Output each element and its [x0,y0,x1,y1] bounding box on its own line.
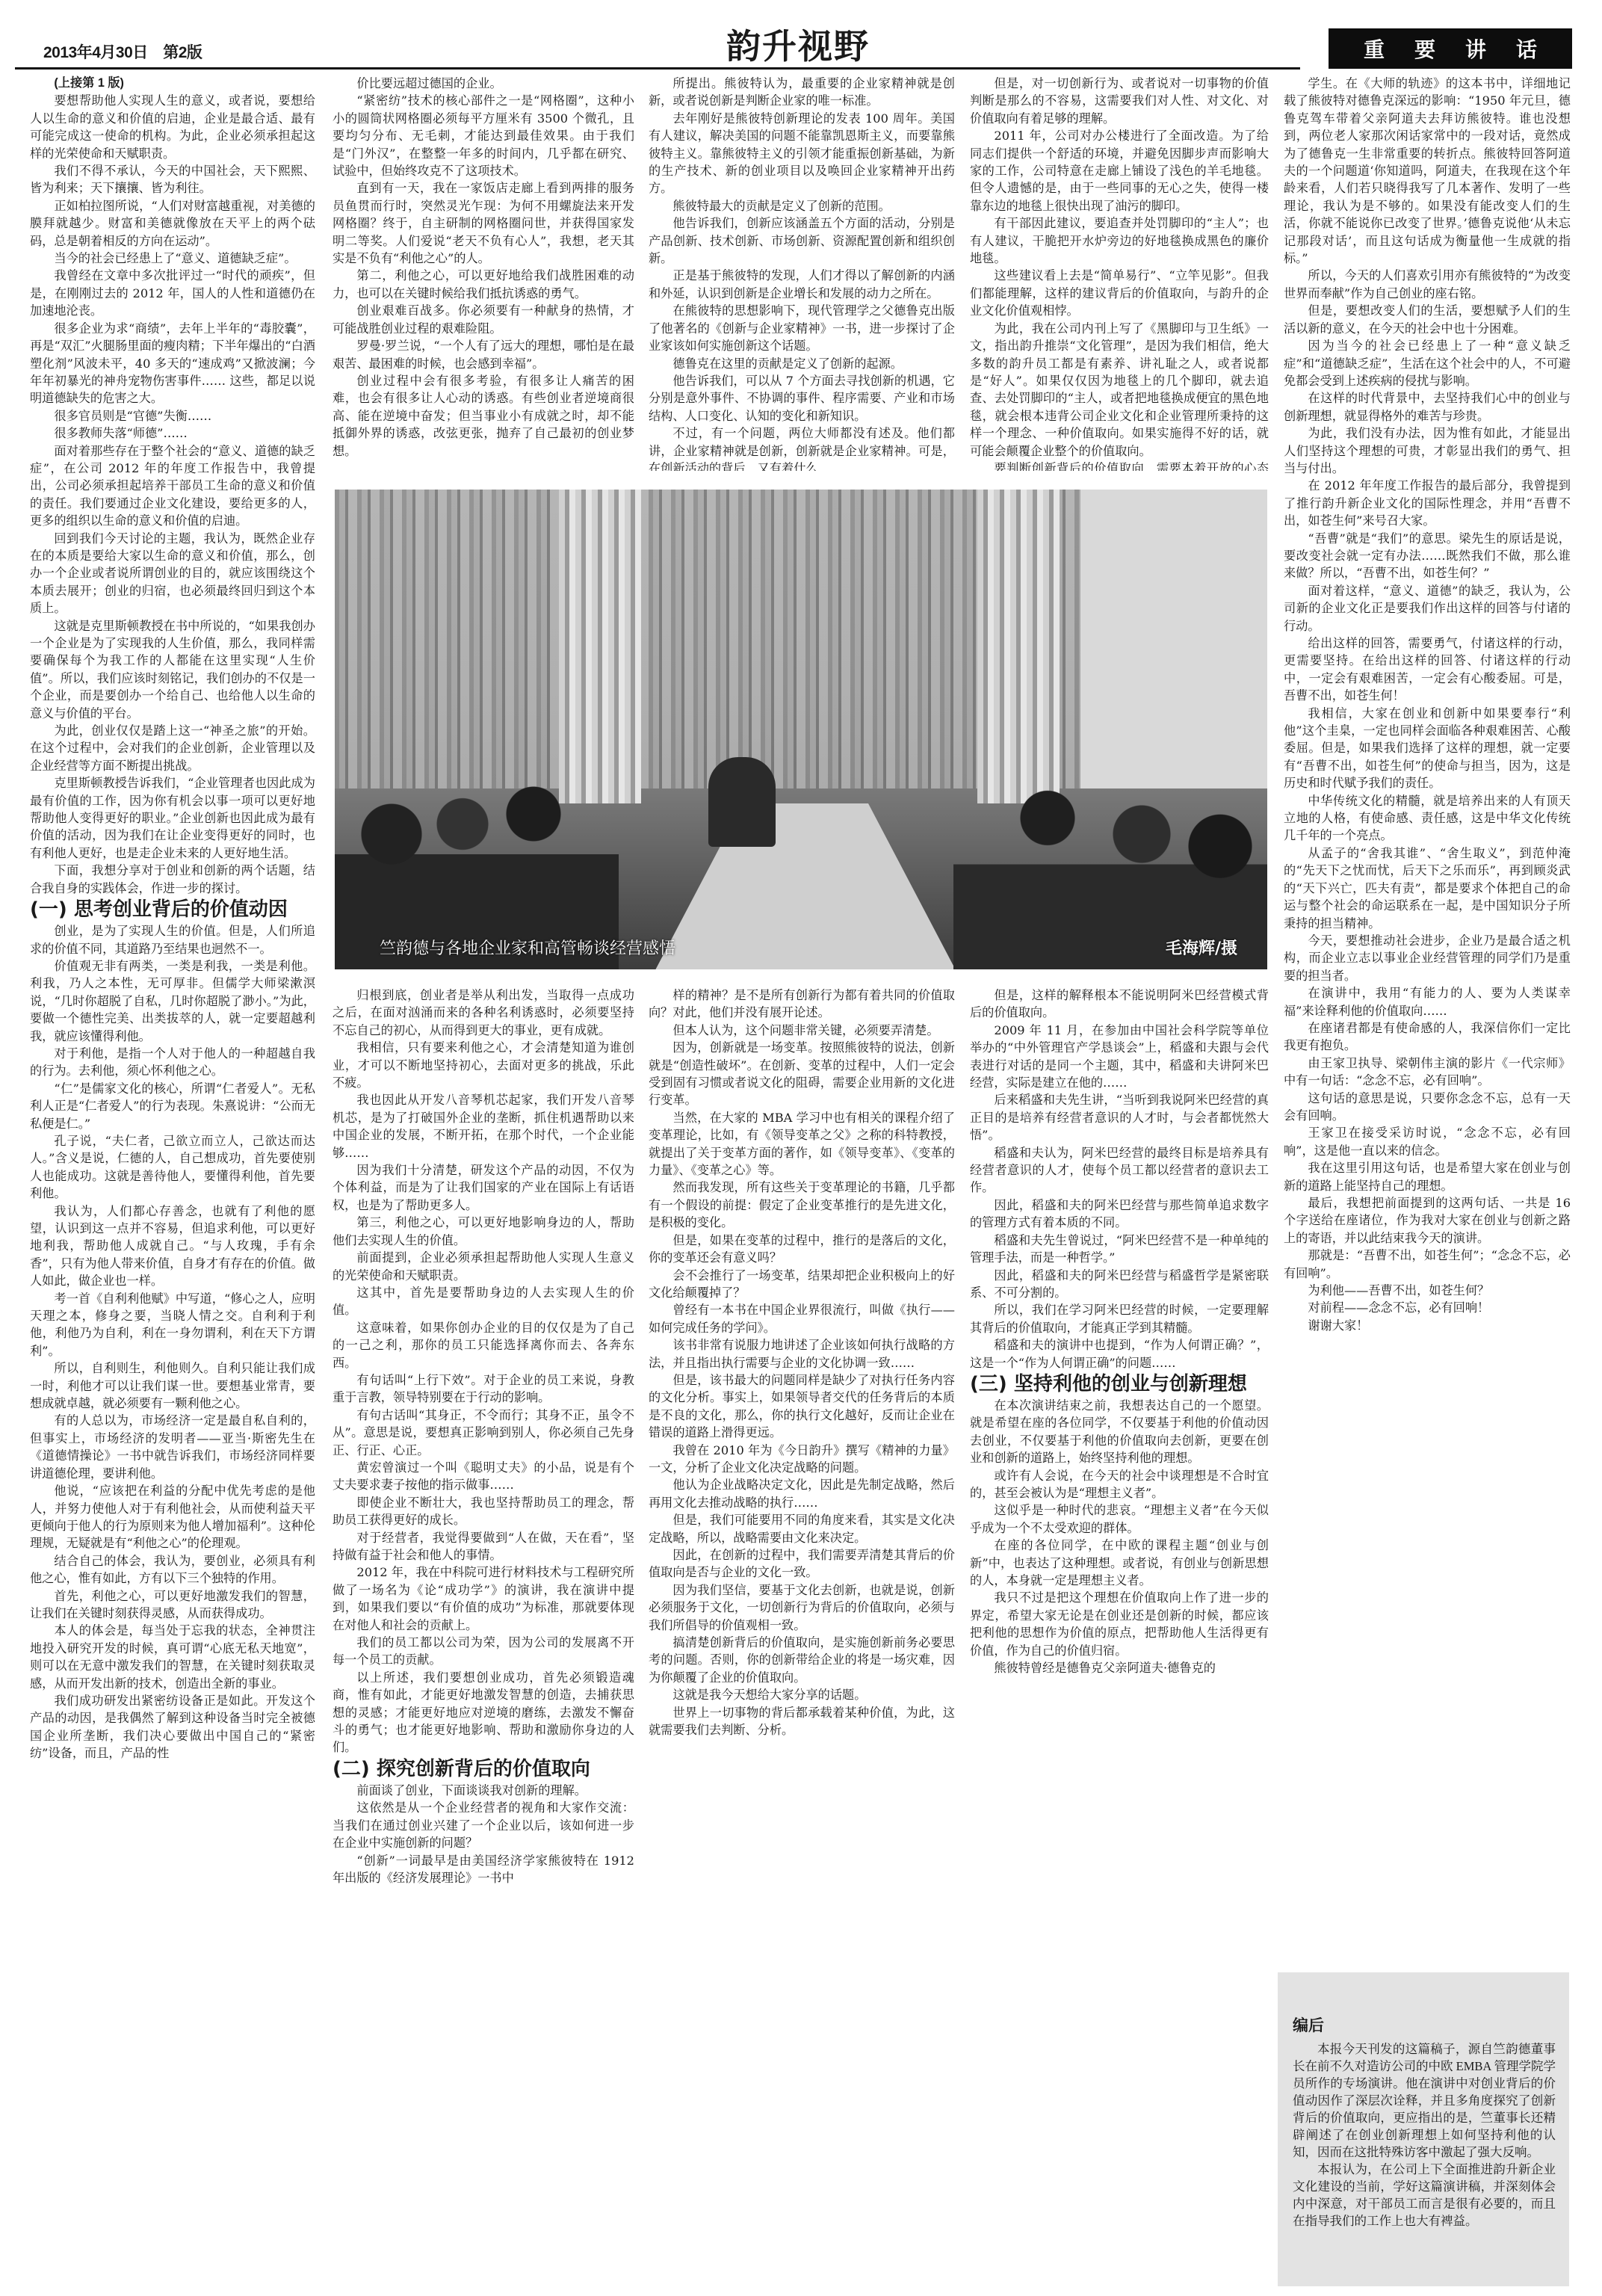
paragraph: 我相信，只有要来利他之心，才会清楚知道为谁创业，才可以不断地坚持初心，去面对更多… [333,1039,634,1091]
paragraph: 对前程——念念不忘，必有回响！ [1284,1299,1571,1316]
paragraph: 谢谢大家！ [1284,1317,1571,1334]
paragraph: 为此，创业仅仅是踏上这一“神圣之旅”的开始。在这个过程中，会对我们的企业创新，企… [30,722,315,774]
paragraph: 这句话的意思是说，只要你念念不忘，总有一天会有回响。 [1284,1090,1571,1125]
paragraph: 稻盛和夫先生曾说过，“阿米巴经营不是一种单纯的管理手法，而是一种哲学。” [970,1232,1269,1267]
column-2-bottom-paras: 归根到底，创业者是举从利出发，当取得一点成功之后，在面对汹涌而来的各种名利诱惑时… [333,987,634,1756]
paragraph: 这些建议看上去是“简单易行”、“立竿见影”。但我们都能理解，这样的建议背后的价值… [970,267,1269,319]
paragraph: 很多官员则是“官德”失衡…… [30,407,315,425]
paragraph: 熊彼特曾经是德鲁克父亲阿道夫·德鲁克的 [970,1659,1269,1676]
paragraph: 我们不得不承认，今天的中国社会，天下熙熙、皆为利来；天下攘攘、皆为利往。 [30,162,315,197]
paragraph: 对于利他，是指一个人对于他人的一种超越自我的行为。去利他，须心怀利他之心。 [30,1045,315,1080]
paragraph: 在座诸君都是有使命感的人，我深信你们一定比我更有抱负。 [1284,1019,1571,1055]
paragraph: 这就是克里斯顿教授在书中所说的，“如果我创办一个企业是为了实现我的人生价值，那么… [30,617,315,722]
editor-note-paras: 本报今天刊发的这篇稿子，源自竺韵德董事长在前不久对造访公司的中欧 EMBA 管理… [1293,2040,1556,2229]
paragraph: 在 2012 年年度工作报告的最后部分，我曾提到了推行韵升新企业文化的国际性理念… [1284,477,1571,529]
section-tag: 重要讲话 [1329,28,1572,69]
paragraph: 当今的社会已经患上了“意义、道德缺乏症”。 [30,250,315,267]
paragraph: 前面谈了创业，下面谈谈我对创新的理解。 [333,1782,634,1799]
paragraph: 2009 年 11 月，在参加由中国社会科学院等单位举办的“中外管理官产学恳谈会… [970,1022,1269,1092]
paragraph: 该书非常有说服力地讲述了企业该如何执行战略的方法，并且指出执行需要与企业的文化协… [649,1336,955,1371]
paragraph: 在座的各位同学，在中欧的课程主题“创业与创新”中，也表达了这种理想。或者说，有创… [970,1537,1269,1589]
paragraph: 然而我发现，所有这些关于变革理论的书籍，几乎都有一个假设的前提：假定了企业变革推… [649,1179,955,1231]
paragraph: 这就是我今天想给大家分享的话题。 [649,1686,955,1703]
paragraph: “紧密纺”技术的核心部件之一是“网格圈”，这种小小的圆筒状网格圈必须每平方厘米有… [333,92,634,179]
paragraph: 所以，自利则生，利他则久。自利只能让我们成一时，利他才可以让我们谋一世。要想基业… [30,1360,315,1412]
paragraph: 他告诉我们，创新应该涵盖五个方面的活动，分别是产品创新、技术创新、市场创新、资源… [649,215,955,267]
paragraph: 第二，利他之心，可以更好地给我们战胜困难的动力，也可以在关键时候给我们抵抗诱惑的… [333,267,634,302]
paragraph: 回到我们今天讨论的主题，我认为，既然企业存在的本质是要给大家以生命的意义和价值，… [30,530,315,617]
paragraph: 要判断创新背后的价值取向，需要本着开放的心态去学习。日本经营之圣稻盛和夫先生 [970,460,1269,471]
paragraph: 但本人认为，这个问题非常关键，必须要弄清楚。 [649,1022,955,1039]
paragraph: 会不会推行了一场变革，结果却把企业积极向上的好文化给颠覆掉了？ [649,1267,955,1302]
paragraph: 但是，如果在变革的过程中，推行的是落后的文化，你的变革还会有意义吗？ [649,1232,955,1267]
subheading-1: (一) 思考创业背后的价值动因 [30,897,315,922]
paragraph: 本人的体会是，每当处于忘我的状态，全神贯注地投入研究开发的时候，真可谓“心底无私… [30,1622,315,1692]
meeting-photo: 竺韵德与各地企业家和高管畅谈经营感悟 毛海辉/摄 [335,490,1267,969]
paragraph: 我相信，大家在创业和创新中如果要奉行“利他”这个圭臬，一定也同样会面临各种艰难困… [1284,705,1571,792]
paragraph: 因为当今的社会已经患上了一种“意义缺乏症”和“道德缺乏症”，生活在这个社会中的人… [1284,337,1571,389]
column-3-bottom: 样的精神？是不是所有创新行为都有着共同的价值取向？对此，他们并没有展开论述。但本… [649,987,955,2287]
curtain-left [559,490,641,803]
paragraph: 但是，这样的解释根本不能说明阿米巴经营模式背后的价值取向。 [970,987,1269,1022]
paragraph: 或许有人会说，在今天的社会中谈理想是不合时宜的，甚至会被认为是“理想主义者”。 [970,1467,1269,1502]
column-5-paras: 学生。在《大师的轨迹》的这本书中，详细地记载了熊彼特对德鲁克深远的影响：“195… [1284,75,1571,1282]
paragraph: 他告诉我们，可以从 7 个方面去寻找创新的机遇，它分别是意外事件、不协调的事件、… [649,372,955,425]
paragraph: 2011 年，公司对办公楼进行了全面改造。为了给同志们提供一个舒适的环境，并避免… [970,127,1269,215]
paragraph: 王家卫在接受采访时说，“念念不忘，必有回响”，这是他一直以来的信念。 [1284,1124,1571,1159]
paragraph: 黄宏曾演过一个叫《聪明丈夫》的小品，说是有个丈夫要求妻子按他的指示做事…… [333,1459,634,1494]
paragraph: 所以，我们在学习阿米巴经营的时候，一定要理解其背后的价值取向，才能真正学到其精髓… [970,1301,1269,1336]
closing-mottos: 为利他——吾曹不出，如苍生何？对前程——念念不忘，必有回响！谢谢大家！ [1284,1282,1571,1334]
paragraph: 创业艰难百战多。你必须要有一种献身的热情，才可能战胜创业过程的艰难险阻。 [333,302,634,337]
paragraph: 我认为，人们都心存善念，也就有了利他的愿望，认识到这一点并不容易，但追求利他，可… [30,1203,315,1290]
paragraph: 创业，是为了实现人生的价值。但是，人们所追求的价值不同，其道路乃至结果也迥然不一… [30,922,315,957]
paragraph: 曾经有一本书在中国企业界很流行，叫做《执行——如何完成任务的学问》。 [649,1301,955,1336]
paragraph: 所以，今天的人们喜欢引用亦有熊彼特的“为改变世界而奉献”作为自己创业的座右铭。 [1284,267,1571,302]
paragraph: 克里斯顿教授告诉我们，“企业管理者也因此成为最有价值的工作，因为你有机会以事一项… [30,774,315,862]
paragraph: 因此，在创新的过程中，我们需要弄清楚其背后的价值取向是否与企业的文化一致。 [649,1546,955,1581]
paragraph: 考一首《自利利他赋》中写道，“修心之人，应明天理之本，修身之要，当晓人情之交。自… [30,1290,315,1360]
paragraph: 有干部因此建议，要追查并处罚脚印的“主人”；也有人建议，干脆把开水炉旁边的好地毯… [970,215,1269,267]
paragraph: 本报认为，在公司上下全面推进韵升新企业文化建设的当前，学好这篇演讲稿，并深刻体会… [1293,2161,1556,2229]
paragraph: 在熊彼特的思想影响下，现代管理学之父德鲁克出版了他著名的《创新与企业家精神》一书… [649,302,955,354]
paragraph: 他认为企业战略决定文化，因此是先制定战略，然后再用文化去推动战略的执行…… [649,1476,955,1511]
paragraph: 有的人总以为，市场经济一定是最自私自利的，但事实上，市场经济的发明者——亚当·斯… [30,1412,315,1482]
paragraph: 下面，我想分享对于创业和创新的两个话题，结合我自身的实践体会，作进一步的探讨。 [30,862,315,897]
photo-caption: 竺韵德与各地企业家和高管畅谈经营感悟 [380,936,675,959]
paragraph: 但是，要想改变人们的生活，要想赋予人们的生活以新的意义，在今天的社会中也十分困难… [1284,302,1571,337]
column-1-paras-2: 创业，是为了实现人生的价值。但是，人们所追求的价值不同，其道路乃至结果也迥然不一… [30,922,315,1762]
paragraph: 面对着那些存在于整个社会的“意义、道德的缺乏症”，在公司 2012 年的年度工作… [30,442,315,530]
paragraph: 熊彼特最大的贡献是定义了创新的范围。 [649,197,955,215]
masthead: 2013年4月30日 第2版 韵升视野 重要讲话 [30,0,1572,69]
paragraph: 学生。在《大师的轨迹》的这本书中，详细地记载了熊彼特对德鲁克深远的影响：“195… [1284,75,1571,267]
paragraph: 2012 年，我在中科院可进行材料技术与工程研究所做了一场名为《论“成功学”》的… [333,1564,634,1634]
paragraph: 最后，我想把前面提到的这两句话、一共是 16 个字送给在座诸位，作为我对大家在创… [1284,1194,1571,1247]
paragraph: 价比要远超过德国的企业。 [333,75,634,92]
paragraph: 这其中，首先是要帮助身边的人去实现人生的价值。 [333,1284,634,1319]
paragraph: 从孟子的“舍我其谁”、“舍生取义”，到范仲淹的“先天下之忧而忧，后天下之乐而乐”… [1284,845,1571,932]
paragraph: 为利他——吾曹不出，如苍生何？ [1284,1282,1571,1299]
paragraph: 给出这样的回答，需要勇气，付诸这样的行动，更需要坚持。在给出这样的回答、付诸这样… [1284,635,1571,705]
column-4-bottom: 但是，这样的解释根本不能说明阿米巴经营模式背后的价值取向。2009 年 11 月… [970,987,1269,2287]
paragraph: 当然，在大家的 MBA 学习中也有相关的课程介绍了变革理论，比如，有《领导变革之… [649,1109,955,1179]
continued-note: (上接第 1 版) [30,75,315,92]
paragraph: 要想帮助他人实现人生的意义，或者说，要想给人以生命的意义和价值的启迪，企业是最合… [30,92,315,162]
subheading-2: (二) 探究创新背后的价值取向 [333,1756,634,1782]
column-2-bottom-paras-2: 前面谈了创业，下面谈谈我对创新的理解。这依然是从一个企业经营者的视角和大家作交流… [333,1782,634,1886]
paragraph: 因为，创新就是一场变革。按照熊彼特的说法，创新就是“创造性破坏”。在创新、变革的… [649,1039,955,1109]
column-3-top: 所提出。熊彼特认为，最重要的企业家精神就是创新，或者说创新是判断企业家的唯一标准… [649,75,955,471]
wall [1080,490,1267,789]
photo-credit: 毛海辉/摄 [1166,936,1237,959]
paragraph: 中华传统文化的精髓，就是培养出来的人有顶天立地的人格，有使命感、责任感，这是中华… [1284,792,1571,845]
column-5: 学生。在《大师的轨迹》的这本书中，详细地记载了熊彼特对德鲁克深远的影响：“195… [1284,75,1571,2287]
paragraph: 这依然是从一个企业经营者的视角和大家作交流：当我们在通过创业兴建了一个企业以后，… [333,1799,634,1851]
paragraph: 样的精神？是不是所有创新行为都有着共同的价值取向？对此，他们并没有展开论述。 [649,987,955,1022]
newspaper-title: 韵升视野 [726,19,870,69]
header-rule [15,67,1300,70]
paragraph: 有句古话叫“其身正，不令而行；其身不正，虽令不从”。意思是说，要想真正影响到别人… [333,1407,634,1459]
column-4-bottom-paras: 但是，这样的解释根本不能说明阿米巴经营模式背后的价值取向。2009 年 11 月… [970,987,1269,1371]
paragraph: 我只不过是把这个理想在价值取向上作了进一步的界定，希望大家无论是在创业还是创新的… [970,1589,1269,1659]
column-4-top: 但是，对一切创新行为、或者说对一切事物的价值判断是那么的不容易，这需要我们对人性… [970,75,1269,471]
paragraph: 那就是：“吾曹不出，如苍生何”；“念念不忘，必有回响”。 [1284,1247,1571,1282]
paragraph: 罗曼·罗兰说，“一个人有了远大的理想，哪怕是在最艰苦、最困难的时候，也会感到幸福… [333,337,634,372]
paragraph: 搞清楚创新背后的价值取向，是实施创新前务必要思考的问题。否则，你的创新带给企业的… [649,1634,955,1686]
paragraph: 以上所述，我们要想创业成功，首先必须锻造魂商，惟有如此，才能更好地激发智慧的创造… [333,1669,634,1756]
date-edition: 2013年4月30日 第2版 [43,40,202,63]
paragraph: 即使企业不断壮大，我也坚持帮助员工的理念，帮助员工获得更好的成长。 [333,1494,634,1529]
column-1-paras: 要想帮助他人实现人生的意义，或者说，要想给人以生命的意义和价值的启迪，企业是最合… [30,92,315,897]
paragraph: 前面提到，企业必须承担起帮助他人实现人生意义的光荣使命和天赋职责。 [333,1249,634,1284]
paragraph: 德鲁克在这里的贡献是定义了创新的起源。 [649,355,955,372]
paragraph: 很多教师失落“师德”…… [30,425,315,442]
paragraph: 世界上一切事物的背后都承载着某种价值，为此，这就需要我们去判断、分析。 [649,1704,955,1739]
speaker-figure [708,757,776,847]
paragraph: 因为我们十分清楚，研发这个产品的动因，不仅为个体利益，而是为了让我们国家的产业在… [333,1161,634,1214]
paragraph: 这似乎是一种时代的悲哀。“理想主义者”在今天似乎成为一个不太受欢迎的群体。 [970,1502,1269,1537]
paragraph: 在演讲中，我用“有能力的人、要为人类谋幸福”来诠释利他的价值取向…… [1284,984,1571,1019]
column-1: (上接第 1 版) 要想帮助他人实现人生的意义，或者说，要想给人以生命的意义和价… [30,75,315,2287]
paragraph: 很多企业为求“商绩”，去年上半年的“毒胶囊”，再是“双汇”火腿肠里面的瘦肉精；下… [30,320,315,407]
column-2-bottom: 归根到底，创业者是举从利出发，当取得一点成功之后，在面对汹涌而来的各种名利诱惑时… [333,987,634,2287]
paragraph: 正如柏拉图所说，“人们对财富越重视，对美德的膜拜就越少。财富和美德就像放在天平上… [30,197,315,250]
paragraph: 由王家卫执导、梁朝伟主演的影片《一代宗师》中有一句话：“念念不忘，必有回响”。 [1284,1055,1571,1090]
subheading-3: (三) 坚持利他的创业与创新理想 [970,1371,1269,1397]
paragraph: 首先，利他之心，可以更好地激发我们的智慧，让我们在关键时刻获得灵感，从而获得成功… [30,1587,315,1623]
paragraph: 因此，稻盛和夫的阿米巴经营与稻盛哲学是紧密联系、不可分割的。 [970,1267,1269,1302]
paragraph: 为此，我们没有办法，因为惟有如此，才能显出人们坚持这个理想的可贵，才彰显出我们的… [1284,425,1571,477]
paragraph: 在这样的时代背景中，去坚持我们心中的创业与创新理想，就显得格外的难苦与珍贵。 [1284,389,1571,425]
paragraph: 这意味着，如果你创办企业的目的仅仅是为了自己的一己之利，那你的员工只能选择离你而… [333,1319,634,1371]
editor-note-box: 编后 本报今天刊发的这篇稿子，源自竺韵德董事长在前不久对造访公司的中欧 EMBA… [1278,1972,1569,2286]
paragraph: 结合自己的体会，我认为，要创业，必须具有利他之心，惟有如此，方有以下三个独特的作… [30,1552,315,1587]
paragraph: 我们成功研发出紧密纺设备正是如此。开发这个产品的动因，是我偶然了解到这种设备当时… [30,1692,315,1762]
paragraph: 本报今天刊发的这篇稿子，源自竺韵德董事长在前不久对造访公司的中欧 EMBA 管理… [1293,2040,1556,2161]
paragraph: 直到有一天，我在一家饭店走廊上看到两排的服务员鱼贯而行时，突然灵光乍现：为何不用… [333,179,634,267]
paragraph: “吾曹”就是“我们”的意思。梁先生的原话是说，要改变社会就一定有办法……既然我们… [1284,530,1571,582]
paragraph: 第三，利他之心，可以更好地影响身边的人，帮助他们去实现人生的价值。 [333,1214,634,1249]
paragraph: “仁”是儒家文化的核心，所谓“仁者爱人”。无私利人正是“仁者爱人”的行为表现。朱… [30,1080,315,1132]
conference-table [649,803,962,969]
paragraph: 不过，有一个问题，两位大师都没有述及。他们都讲，企业家精神就是创新，创新就是企业… [649,425,955,471]
paragraph: 我也因此从开发八音琴机芯起家，我们开发八音琴机芯，是为了打破国外企业的垄断，抓住… [333,1091,634,1161]
paragraph: 孔子说，“夫仁者，己欲立而立人，己欲达而达人。”含义是说，仁德的人，自己想成功，… [30,1132,315,1203]
paragraph: 为此，我在公司内刊上写了《黑脚印与卫生纸》一文，指出韵升推崇“文化管理”，是因为… [970,320,1269,460]
column-2-top: 价比要远超过德国的企业。“紧密纺”技术的核心部件之一是“网格圈”，这种小小的圆筒… [333,75,634,471]
paragraph: 我们的员工都以公司为荣，因为公司的发展离不开每一个员工的贡献。 [333,1634,634,1669]
paragraph: 我曾在 2010 年为《今日韵升》撰写《精神的力量》一文，分析了企业文化决定战略… [649,1442,955,1477]
paragraph: 归根到底，创业者是举从利出发，当取得一点成功之后，在面对汹涌而来的各种名利诱惑时… [333,987,634,1039]
paragraph: 我曾经在文章中多次批评过一“时代的顽疾”，但是，在刚刚过去的 2012 年，国人… [30,267,315,319]
paragraph: 我在这里引用这句话，也是希望大家在创业与创新的道路上能坚持自己的理想。 [1284,1159,1571,1194]
paragraph: 面对着这样，“意义、道德”的缺乏，我认为，公司新的企业文化正是要我们作出这样的回… [1284,582,1571,635]
paragraph: 在本次演讲结束之前，我想表达自己的一个愿望。就是希望在座的各位同学，不仅要基于利… [970,1397,1269,1467]
paragraph: 创业过程中会有很多考验，有很多让人痛苦的困难，也会有很多让人心动的诱惑。有些创业… [333,372,634,460]
paragraph: 去年刚好是熊彼特创新理论的发表 100 周年。美国有人建议，解决美国的问题不能靠… [649,110,955,197]
paragraph: “创新”一词最早是由美国经济学家熊彼特在 1912 年出版的《经济发展理论》一书… [333,1852,634,1887]
column-4-bottom-paras-2: 在本次演讲结束之前，我想表达自己的一个愿望。就是希望在座的各位同学，不仅要基于利… [970,1397,1269,1677]
paragraph: 稻盛和夫的演讲中也提到，“作为人何谓正确？”，这是一个“作为人何谓正确”的问题…… [970,1336,1269,1371]
paragraph: 有句话叫“上行下效”。对于企业的员工来说，身教重于言教，领导特别要在于行动的影响… [333,1371,634,1407]
paragraph: 稻盛和夫认为，阿米巴经营的最终目标是培养具有经营者意识的人才，使每个员工都以经营… [970,1144,1269,1197]
paragraph: 但是，对一切创新行为、或者说对一切事物的价值判断是那么的不容易，这需要我们对人性… [970,75,1269,127]
paragraph: 他说，“应该把在利益的分配中优先考虑的是他人，并努力使他人对于有利他社会，从而使… [30,1482,315,1552]
paragraph: 因为我们坚信，要基于文化去创新，也就是说，创新必须服务于文化，一切创新行为背后的… [649,1581,955,1634]
paragraph: 因此，稻盛和夫的阿米巴经营与那些简单追求数字的管理方式有着本质的不同。 [970,1197,1269,1232]
paragraph: 价值观无非有两类，一类是利我，一类是利他。利我，乃人之本性，无可厚非。但儒学大师… [30,957,315,1045]
paragraph: 对于经营者，我觉得要做到“人在做，天在看”，坚持做有益于社会和他人的事情。 [333,1529,634,1564]
paragraph: 今天，要想推动社会进步，企业乃是最合适之机构，而企业立志以事业企业经营管理的同学… [1284,932,1571,984]
paragraph: 所提出。熊彼特认为，最重要的企业家精神就是创新，或者说创新是判断企业家的唯一标准… [649,75,955,110]
paragraph: 但是，我们可能要用不同的角度来看，其实是文化决定战略，所以，战略需要由文化来决定… [649,1511,955,1546]
curtain-right [977,490,1060,803]
paragraph: 正是基于熊彼特的发现，人们才得以了解创新的内涵和外延，认识到创新是企业增长和发展… [649,267,955,302]
editor-note-title: 编后 [1293,2017,1556,2034]
paragraph: 但是，该书最大的问题同样是缺少了对执行任务内容的文化分析。事实上，如果领导者交代… [649,1371,955,1442]
paragraph: 后来稻盛和夫先生讲，“当听到我说阿米巴经营的真正目的是培养有经营者意识的人才时，… [970,1091,1269,1144]
